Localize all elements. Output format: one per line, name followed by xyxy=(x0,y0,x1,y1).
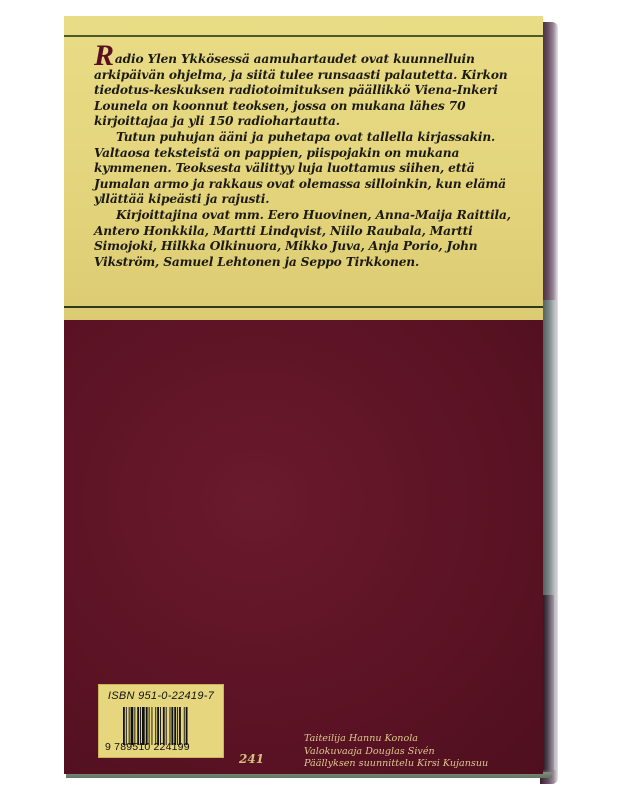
isbn-label: ISBN 951-0-22419-7 9 789510 224199 xyxy=(98,684,224,758)
blurb-panel: Radio Ylen Ykkösessä aamuhartaudet ovat … xyxy=(64,16,543,320)
book-back-cover: Radio Ylen Ykkösessä aamuhartaudet ovat … xyxy=(64,16,543,774)
blurb-paragraph-2: Tutun puhujan ääni ja puhetapa ovat tall… xyxy=(94,130,524,208)
isbn-number: ISBN 951-0-22419-7 xyxy=(99,690,223,702)
credit-artist: Taiteilija Hannu Konola xyxy=(304,733,488,746)
credit-cover-design: Päällyksen suunnittelu Kirsi Kujansuu xyxy=(304,758,488,771)
blurb-paragraph-3: Kirjoittajina ovat mm. Eero Huovinen, An… xyxy=(94,208,524,270)
credit-photographer: Valokuvaaja Douglas Sivén xyxy=(304,746,488,759)
credits: Taiteilija Hannu Konola Valokuvaaja Doug… xyxy=(304,733,488,771)
barcode-icon xyxy=(123,707,213,745)
blurb-text: Radio Ylen Ykkösessä aamuhartaudet ovat … xyxy=(94,46,524,270)
blurb-paragraph-1-text: adio Ylen Ykkösessä aamuhartaudet ovat k… xyxy=(94,52,508,128)
top-rule xyxy=(64,35,543,37)
blurb-paragraph-1: Radio Ylen Ykkösessä aamuhartaudet ovat … xyxy=(94,46,524,130)
price-code: 241 xyxy=(239,752,264,766)
barcode-digits: 9 789510 224199 xyxy=(105,741,219,753)
book-spine-shadow xyxy=(542,595,554,770)
bottom-rule xyxy=(64,306,543,308)
